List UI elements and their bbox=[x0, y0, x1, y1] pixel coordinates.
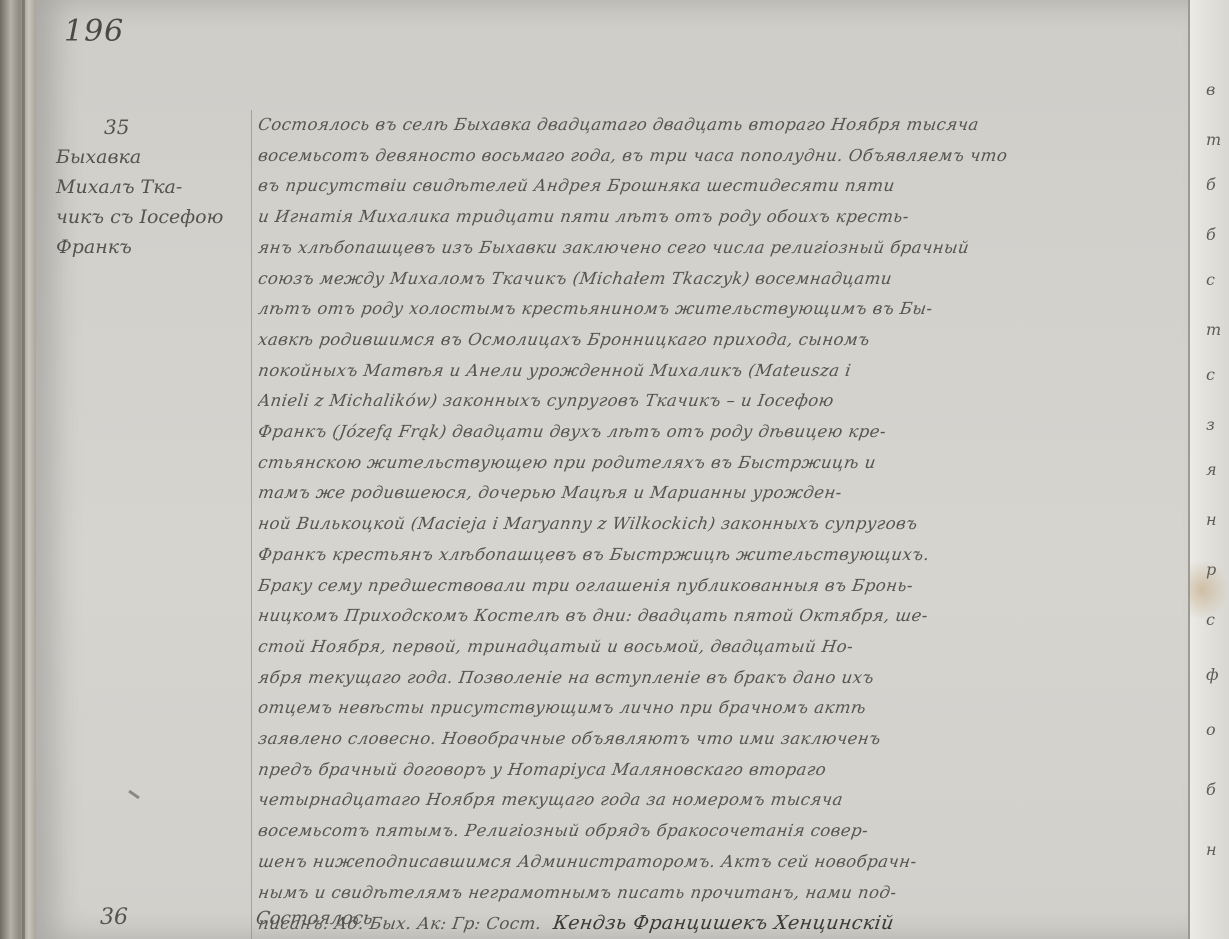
facing-glyph: б bbox=[1206, 780, 1216, 799]
margin-village: Быхавка bbox=[56, 142, 246, 172]
body-line: въ присутствіи свидѣтелей Андрея Брошняк… bbox=[256, 171, 1190, 202]
body-line: Состоялось въ селѣ Быхавка двадцатаго дв… bbox=[256, 110, 1190, 141]
body-line: восемьсотъ пятымъ. Религіозный обрядъ бр… bbox=[256, 816, 1190, 847]
body-line: Браку сему предшествовали три оглашенія … bbox=[256, 571, 1190, 602]
body-line: четырнадцатаго Ноября текущаго года за н… bbox=[256, 785, 1190, 816]
margin-entry-35: 35 Быхавка Михалъ Тка- чикъ съ Iосефою Ф… bbox=[56, 112, 246, 262]
body-line: нымъ и свидѣтелямъ неграмотнымъ писать п… bbox=[256, 878, 1190, 909]
facing-glyph: з bbox=[1206, 415, 1215, 434]
body-line: Франкъ (Józefą Frąk) двадцати двухъ лѣтъ… bbox=[256, 417, 1190, 448]
margin-groom-cont: чикъ съ Iосефою bbox=[56, 202, 246, 232]
body-line: предъ брачный договоръ у Нотаріуса Малян… bbox=[256, 755, 1190, 786]
margin-groom: Михалъ Тка- bbox=[56, 172, 246, 202]
binding-edge bbox=[22, 0, 25, 939]
facing-glyph: т bbox=[1206, 130, 1221, 149]
facing-glyph: ф bbox=[1206, 665, 1219, 684]
body-line: покойныхъ Матвѣя и Анели урожденной Миха… bbox=[256, 356, 1190, 387]
act-number: 35 bbox=[56, 112, 246, 142]
body-line: союзъ между Михаломъ Ткачикъ (Michałem T… bbox=[256, 264, 1190, 295]
body-line: ября текущаго года. Позволеніе на вступл… bbox=[256, 663, 1190, 694]
body-line: хавкѣ родившимся въ Осмолицахъ Бронницка… bbox=[256, 325, 1190, 356]
body-line: лѣтъ отъ роду холостымъ крестьяниномъ жи… bbox=[256, 294, 1190, 325]
body-line: стой Ноября, первой, тринадцатый и восьм… bbox=[256, 632, 1190, 663]
facing-glyph: б bbox=[1206, 225, 1216, 244]
next-act-number: 36 bbox=[100, 905, 128, 930]
facing-glyph: н bbox=[1206, 510, 1217, 529]
body-line: тамъ же родившеюся, дочерью Мацѣя и Мари… bbox=[256, 478, 1190, 509]
facing-page-edge: в т б б с т с з я н р с ф о б н bbox=[1190, 0, 1229, 939]
facing-glyph: с bbox=[1206, 365, 1215, 384]
facing-glyph: я bbox=[1206, 460, 1217, 479]
body-line: Франкъ крестьянъ хлѣбопашцевъ въ Быстржи… bbox=[256, 540, 1190, 571]
facing-glyph: с bbox=[1206, 610, 1215, 629]
facing-glyph: б bbox=[1206, 175, 1216, 194]
body-line: ницкомъ Приходскомъ Костелѣ въ дни: двад… bbox=[256, 601, 1190, 632]
facing-glyph: т bbox=[1206, 320, 1221, 339]
body-line-with-signature: писанъ. Ад. Бых. Ак: Гр: Сост. Кендзь Фр… bbox=[256, 908, 1190, 939]
column-divider bbox=[251, 110, 252, 939]
book-binding bbox=[0, 0, 36, 939]
margin-bride: Франкъ bbox=[56, 232, 246, 262]
facing-glyph: н bbox=[1206, 840, 1217, 859]
next-entry-first-word: Состоялось bbox=[255, 908, 375, 929]
entry-body: Состоялось въ селѣ Быхавка двадцатаго дв… bbox=[256, 110, 1186, 939]
facing-glyph: с bbox=[1206, 270, 1215, 289]
page-number: 196 bbox=[64, 14, 124, 49]
body-line: янъ хлѣбопашцевъ изъ Быхавки заключено с… bbox=[256, 233, 1190, 264]
body-line: восемьсотъ девяносто восьмаго года, въ т… bbox=[256, 141, 1190, 172]
priest-signature: Кендзь Францишекъ Хенцинскiй bbox=[552, 912, 896, 934]
facing-glyph: р bbox=[1206, 560, 1216, 579]
body-line: отцемъ невѣсты присутствующимъ лично при… bbox=[256, 693, 1190, 724]
facing-glyph: в bbox=[1206, 80, 1215, 99]
facing-glyph: о bbox=[1206, 720, 1216, 739]
body-line: Anieli z Michalików) законныхъ супруговъ… bbox=[256, 386, 1190, 417]
body-line: стьянскою жительствующею при родителяхъ … bbox=[256, 448, 1190, 479]
body-line: шенъ нижеподписавшимся Администраторомъ.… bbox=[256, 847, 1190, 878]
body-line: и Игнатія Михалика тридцати пяти лѣтъ от… bbox=[256, 202, 1190, 233]
body-line: заявлено словесно. Новобрачные объявляют… bbox=[256, 724, 1190, 755]
body-line: ной Вилькоцкой (Macieja i Maryanny z Wil… bbox=[256, 509, 1190, 540]
